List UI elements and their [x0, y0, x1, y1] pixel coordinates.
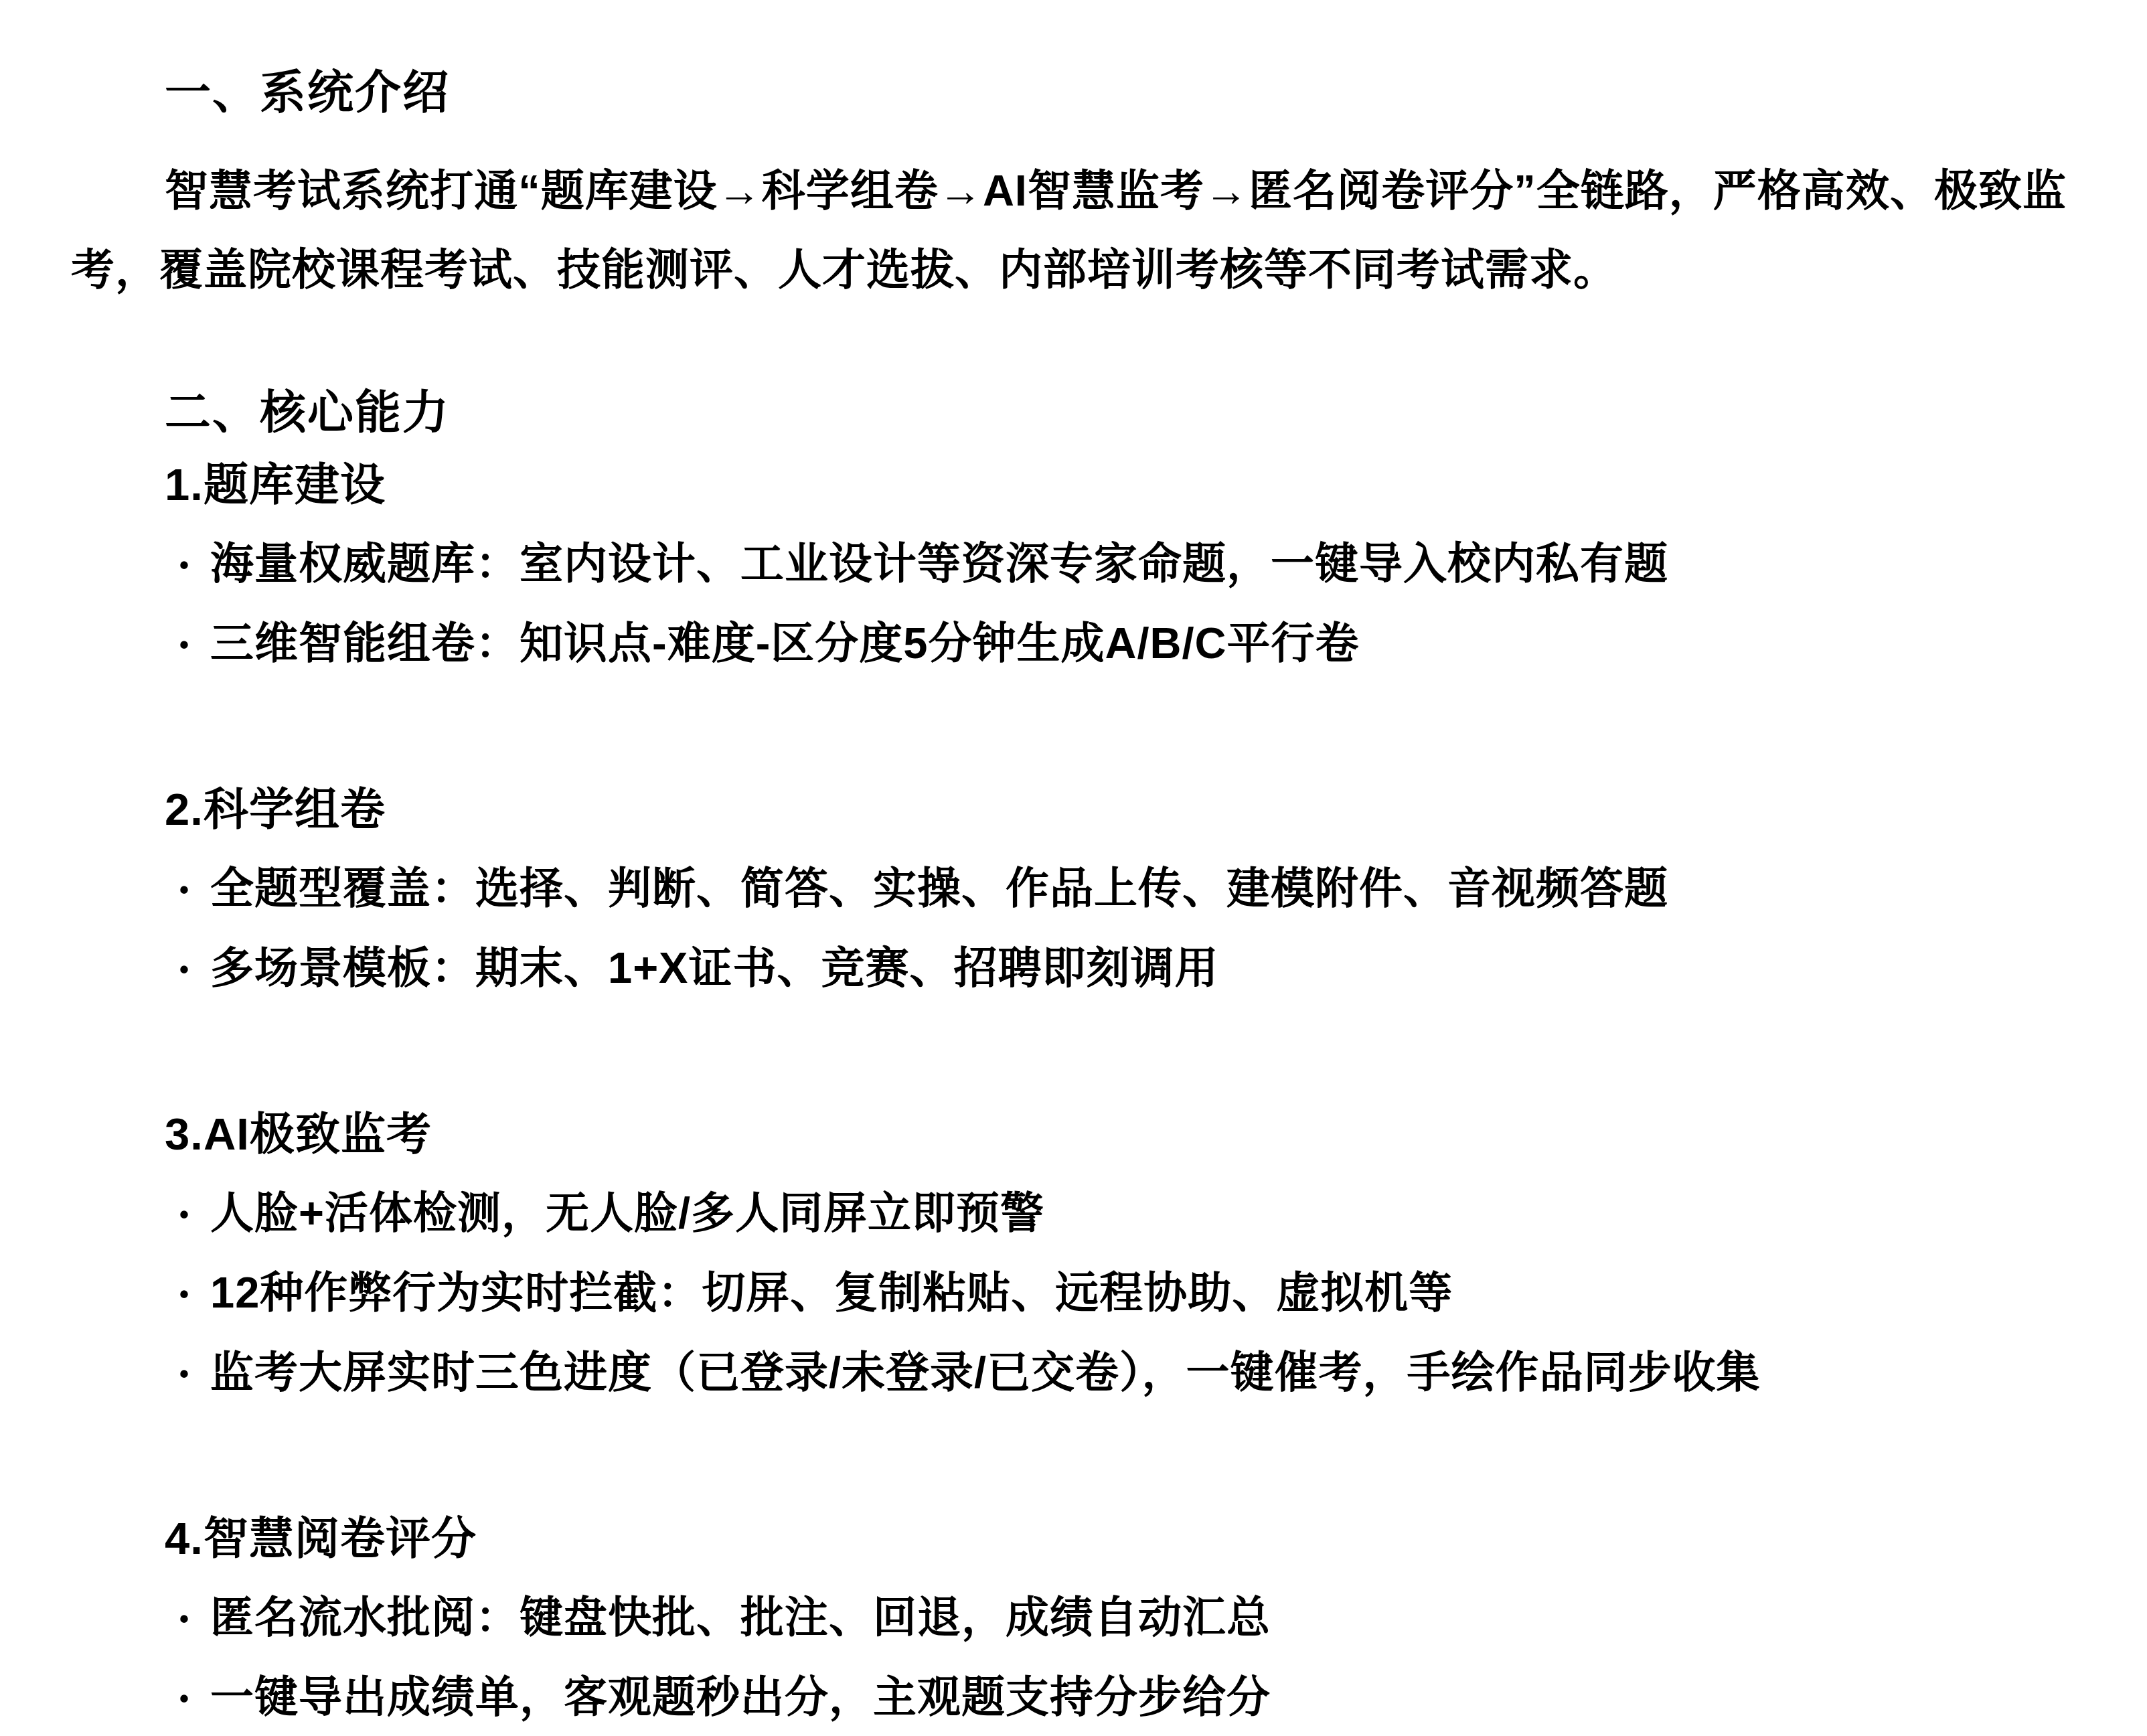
subsection-title-ai-proctoring: 3.AI极致监考: [71, 1106, 2067, 1164]
paper-assembly-bullet-list: •全题型覆盖：选择、判断、简答、实操、作品上传、建模附件、音视频答题 •多场景模…: [71, 850, 2067, 1009]
list-item: •匿名流水批阅：键盘快批、批注、回退，成绩自动汇总: [71, 1579, 2067, 1658]
ai-proctoring-bullet-list: •人脸+活体检测，无人脸/多人同屏立即预警 •12种作弊行为实时拦截：切屏、复制…: [71, 1174, 2067, 1413]
section-heading-core-capabilities: 二、核心能力: [71, 384, 2067, 442]
list-item: •全题型覆盖：选择、判断、简答、实操、作品上传、建模附件、音视频答题: [71, 850, 2067, 929]
list-item: •海量权威题库：室内设计、工业设计等资深专家命题，一键导入校内私有题: [71, 525, 2067, 605]
list-item: •多场景模板：期末、1+X证书、竞赛、招聘即刻调用: [71, 929, 2067, 1009]
list-item: •三维智能组卷：知识点-难度-区分度5分钟生成A/B/C平行卷: [71, 605, 2067, 684]
list-item: •一键导出成绩单，客观题秒出分，主观题支持分步给分: [71, 1658, 2067, 1736]
bullet-dot-icon: •: [179, 528, 210, 605]
list-item: •12种作弊行为实时拦截：切屏、复制粘贴、远程协助、虚拟机等: [71, 1254, 2067, 1334]
bullet-dot-icon: •: [179, 1661, 210, 1736]
list-item: •人脸+活体检测，无人脸/多人同屏立即预警: [71, 1174, 2067, 1254]
bullet-text: 人脸+活体检测，无人脸/多人同屏立即预警: [210, 1188, 1044, 1237]
bullet-text: 匿名流水批阅：键盘快批、批注、回退，成绩自动汇总: [210, 1593, 1271, 1642]
document-page: 一、系统介绍 智慧考试系统打通“题库建设→科学组卷→AI智慧监考→匿名阅卷评分”…: [0, 0, 2147, 1736]
subsection-title-paper-assembly: 2.科学组卷: [71, 781, 2067, 839]
bullet-dot-icon: •: [179, 1177, 210, 1254]
subsection-title-smart-grading: 4.智慧阅卷评分: [71, 1510, 2067, 1568]
bullet-dot-icon: •: [179, 1336, 210, 1413]
question-bank-bullet-list: •海量权威题库：室内设计、工业设计等资深专家命题，一键导入校内私有题 •三维智能…: [71, 525, 2067, 684]
bullet-dot-icon: •: [179, 852, 210, 929]
bullet-text: 12种作弊行为实时拦截：切屏、复制粘贴、远程协助、虚拟机等: [210, 1268, 1453, 1317]
bullet-dot-icon: •: [179, 607, 210, 684]
list-item: •监考大屏实时三色进度（已登录/未登录/已交卷），一键催考，手绘作品同步收集: [71, 1334, 2067, 1413]
section-heading-system-intro: 一、系统介绍: [71, 64, 2067, 122]
bullet-text: 海量权威题库：室内设计、工业设计等资深专家命题，一键导入校内私有题: [210, 539, 1668, 588]
smart-grading-bullet-list: •匿名流水批阅：键盘快批、批注、回退，成绩自动汇总 •一键导出成绩单，客观题秒出…: [71, 1579, 2067, 1736]
subsection-title-question-bank: 1.题库建设: [71, 457, 2067, 514]
bullet-dot-icon: •: [179, 932, 210, 1009]
bullet-text: 三维智能组卷：知识点-难度-区分度5分钟生成A/B/C平行卷: [210, 619, 1359, 667]
bullet-text: 全题型覆盖：选择、判断、简答、实操、作品上传、建模附件、音视频答题: [210, 864, 1668, 913]
bullet-text: 监考大屏实时三色进度（已登录/未登录/已交卷），一键催考，手绘作品同步收集: [210, 1348, 1761, 1397]
bullet-dot-icon: •: [179, 1581, 210, 1658]
bullet-text: 一键导出成绩单，客观题秒出分，主观题支持分步给分: [210, 1672, 1271, 1721]
bullet-dot-icon: •: [179, 1257, 210, 1334]
bullet-text: 多场景模板：期末、1+X证书、竞赛、招聘即刻调用: [210, 943, 1218, 992]
system-intro-paragraph: 智慧考试系统打通“题库建设→科学组卷→AI智慧监考→匿名阅卷评分”全链路，严格高…: [71, 151, 2067, 309]
